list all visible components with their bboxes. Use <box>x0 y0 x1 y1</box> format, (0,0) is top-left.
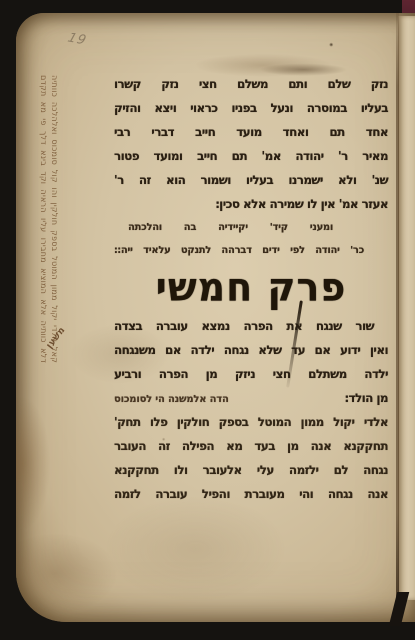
commentary-gloss-line: כר' יהודה לפי ידים דברהה לתנקט עלאיד ייה… <box>114 239 388 262</box>
text-block: נזק שלם ותם משלם חצי נזק קשרו בעליו במוס… <box>114 72 388 506</box>
mishnah-line: נזק שלם ותם משלם חצי נזק קשרו <box>114 72 388 96</box>
commentary-gloss-inline: הדה אלמשנה הי לסומכוס <box>114 388 229 412</box>
margin-gloss-line: דלא כוותיה אלא המוציא מחבירו עליו הראיה … <box>38 75 49 363</box>
mishnah-line: אעזר אמ' אין לו שמירה אלא סכין׃ <box>114 192 388 216</box>
judeo-arabic-commentary-line: אלדי יקול ממון המוטל בספק חולקין פלו תחק… <box>114 410 388 434</box>
manuscript-page: 19 קאל אלדי יקול ממון המוטל בספק חולקין … <box>16 13 415 622</box>
judeo-arabic-commentary-line: תחקקנא אנה מן בעד מא הפילה זה העובר <box>114 434 388 458</box>
mishnah-line: ילדה משתלם חצי ניזק מן הפרה ורביע <box>114 362 388 386</box>
judeo-arabic-commentary-line: אנה נגחה והי מעוברת והפיל עוברה לזמה <box>114 482 388 506</box>
mishnah-line: שנ' ולא ישמרנו בעליו ושמור הוא זה ר' <box>114 168 388 192</box>
mishnah-line: שור שנגח את הפרה נמצא עוברה בצדה <box>114 314 388 338</box>
mishnah-line: בעליו במוסרה ונעל בפניו כראוי ויצא והזיק <box>114 96 388 120</box>
margin-gloss-line: קאל אלדי יקול ממון המוטל בספק חולקין והו… <box>49 75 60 363</box>
margin-gloss-vertical: קאל אלדי יקול ממון המוטל בספק חולקין והו… <box>38 75 60 363</box>
commentary-gloss-line: ומעני קיד' יקיידיה בה והלכתה <box>114 216 388 239</box>
facing-page-edge <box>398 16 415 600</box>
judeo-arabic-commentary-line: נגחה לם ילזמה עלי אלעובר ולו תחקקנא <box>114 458 388 482</box>
gutter-crease <box>396 13 399 622</box>
folio-number: 19 <box>66 31 89 49</box>
manuscript-photo: 19 קאל אלדי יקול ממון המוטל בספק חולקין … <box>0 0 415 640</box>
mishnah-line: ואין ידוע אם עד שלא נגחה ילדה אם משנגחה <box>114 338 388 362</box>
chapter-heading: פרק חמשי <box>114 261 388 315</box>
mishnah-line-end: מן הולד׃ <box>345 386 388 410</box>
mishnah-end-line: מן הולד׃ הדה אלמשנה הי לסומכוס <box>114 386 388 410</box>
page-corner-gap <box>389 592 409 626</box>
mishnah-line: מאיר ר' יהודה אמ' תם חייב ומועד פטור <box>114 144 388 168</box>
mishnah-line: אחד תם ואחד מועד חייב דברי רבי <box>114 120 388 144</box>
